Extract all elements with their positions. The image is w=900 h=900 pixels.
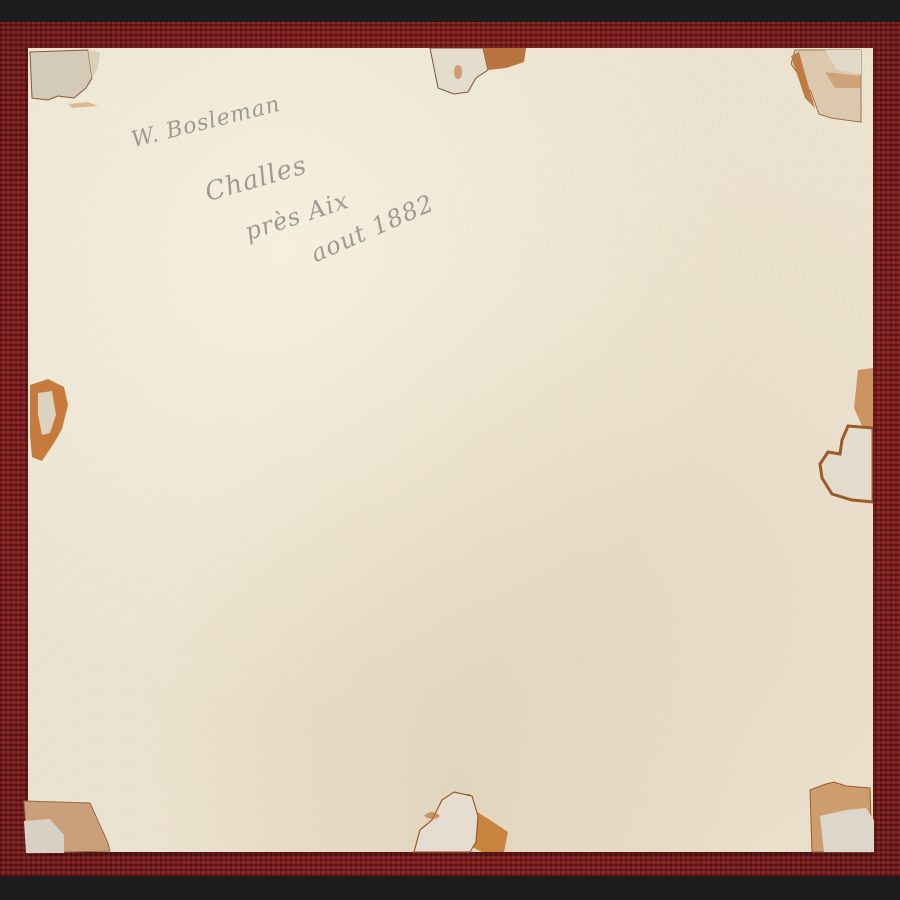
tape-remnant-left-edge bbox=[28, 375, 73, 465]
top-letterbox-bar bbox=[0, 0, 900, 22]
bottom-letterbox-bar bbox=[0, 876, 900, 900]
paper-sheet-back bbox=[28, 48, 873, 852]
tape-remnant-top-center bbox=[428, 48, 528, 98]
tape-remnant-bottom-center bbox=[412, 790, 512, 855]
tape-remnant-top-left bbox=[28, 48, 108, 108]
tape-remnant-bottom-right bbox=[806, 778, 876, 853]
tape-remnant-bottom-left bbox=[20, 795, 115, 855]
tape-remnant-right-edge bbox=[818, 368, 873, 508]
tape-remnant-top-right bbox=[785, 48, 865, 128]
